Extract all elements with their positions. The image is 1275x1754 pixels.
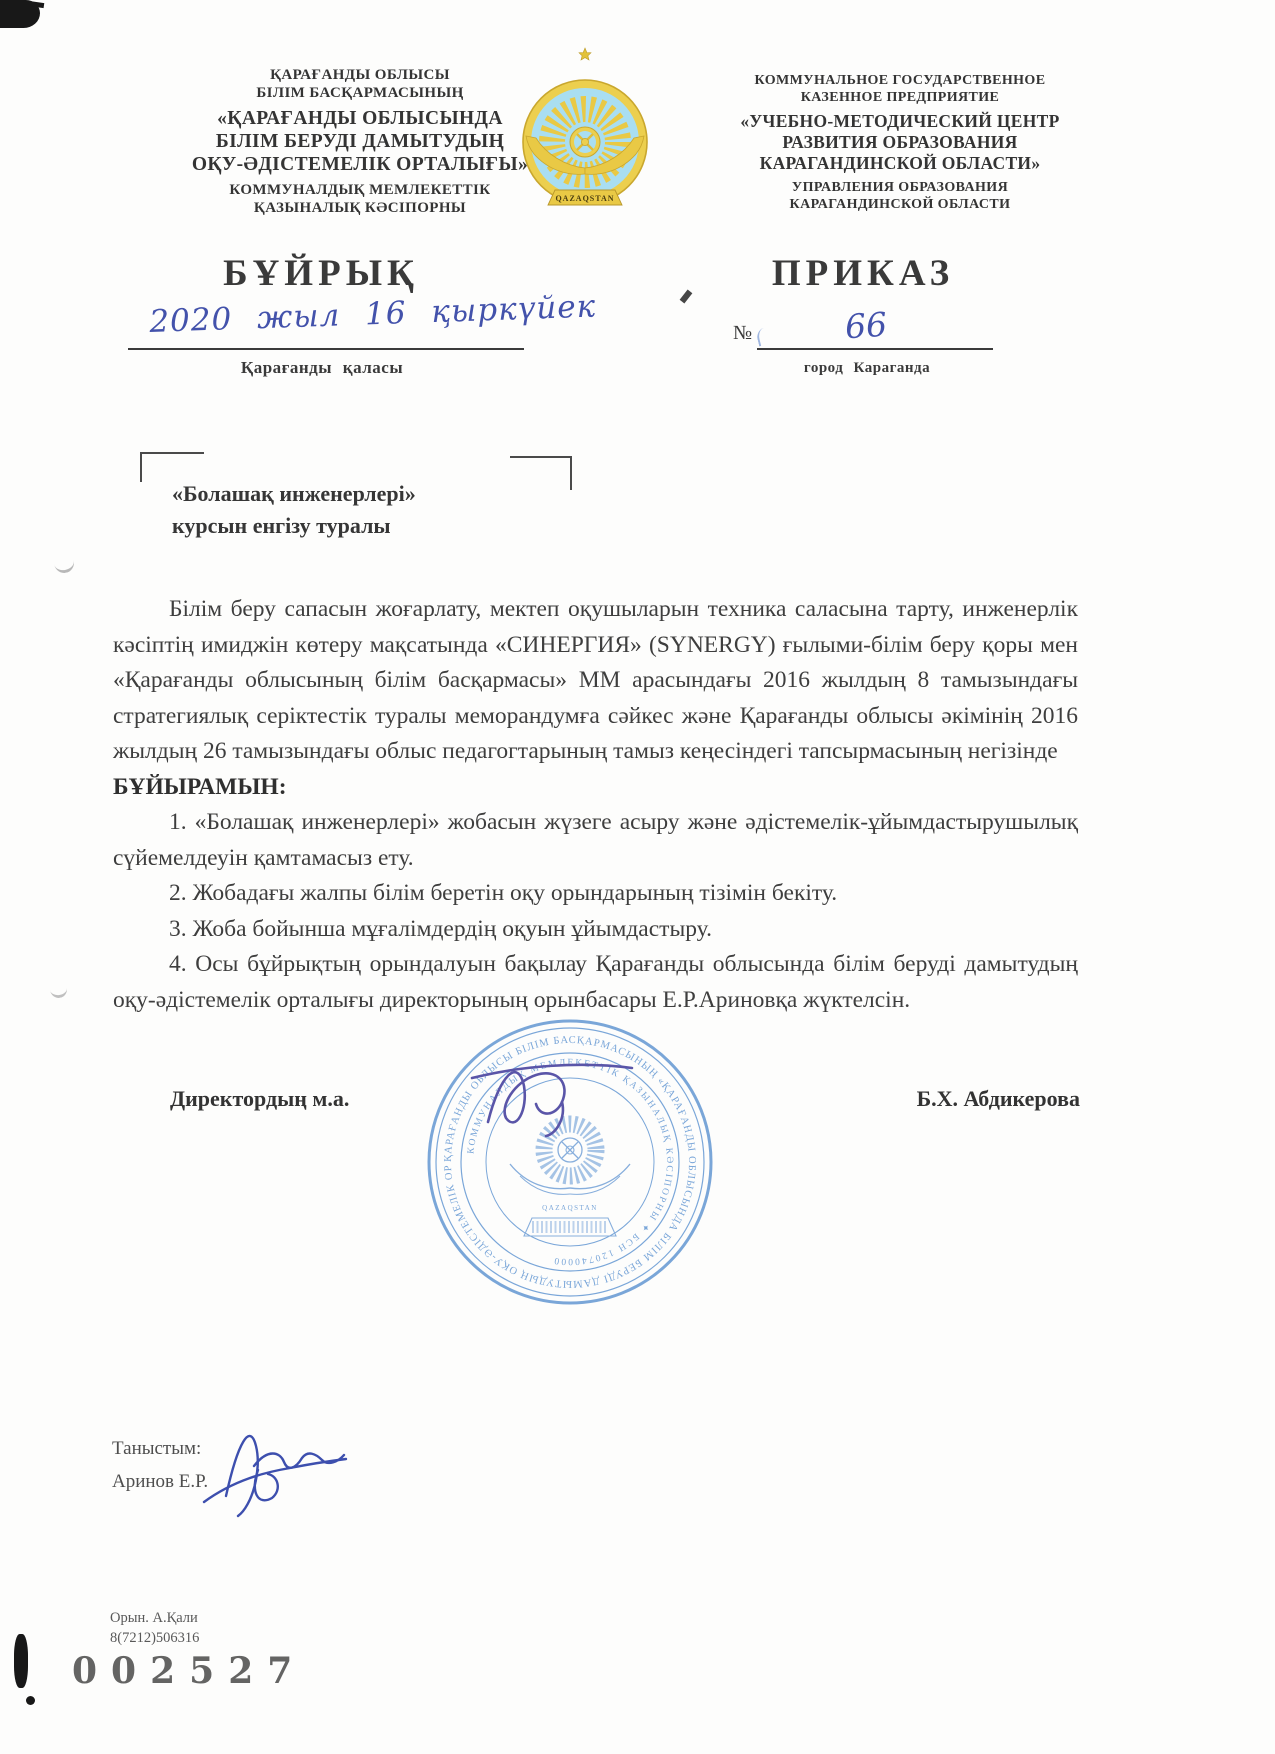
number-label: № — [733, 322, 752, 345]
org-ru-line: РАЗВИТИЯ ОБРАЗОВАНИЯ — [700, 132, 1100, 153]
stamp-center-caption: QAZAQSTAN — [542, 1204, 598, 1212]
scan-artifact — [680, 290, 693, 304]
handwritten-date: 2020 жыл 16 қыркүйек — [149, 288, 597, 340]
org-ru-line: КАЗЕННОЕ ПРЕДПРИЯТИЕ — [700, 89, 1100, 106]
number-underline — [757, 348, 993, 350]
org-kk-line: БІЛІМ БЕРУДІ ДАМЫТУДЫҢ — [150, 130, 570, 153]
kazakhstan-emblem-icon: QAZAQSTAN — [510, 42, 660, 222]
order-body: Білім беру сапасын жоғарлату, мектеп оқу… — [113, 592, 1078, 1018]
subject-line1: «Болашақ инженерлері» — [172, 478, 416, 510]
order-title-kazakh: БҰЙРЫҚ — [171, 252, 471, 295]
city-russian: город Караганда — [727, 360, 1007, 377]
body-paragraph: Білім беру сапасын жоғарлату, мектеп оқу… — [113, 592, 1078, 770]
org-kk-line: ОҚУ-ӘДІСТЕМЕЛІК ОРТАЛЫҒЫ» — [150, 153, 570, 176]
scan-artifact — [52, 550, 76, 575]
org-ru-line: КОММУНАЛЬНОЕ ГОСУДАРСТВЕННОЕ — [700, 72, 1100, 89]
org-ru-line: УПРАВЛЕНИЯ ОБРАЗОВАНИЯ — [700, 179, 1100, 196]
org-ru-line: «УЧЕБНО-МЕТОДИЧЕСКИЙ ЦЕНТР — [700, 111, 1100, 132]
org-kk-line: ҚАРАҒАНДЫ ОБЛЫСЫ — [150, 66, 570, 84]
order-item-2: 2. Жобадағы жалпы білім беретін оқу орын… — [113, 876, 1078, 912]
subject-line2: курсын енгізу туралы — [172, 510, 416, 542]
signer-name: Б.Х. Абдикерова — [820, 1086, 1080, 1112]
city-kazakh: Қарағанды қаласы — [182, 358, 462, 378]
order-item-3: 3. Жоба бойынша мұғалімдердің оқуын ұйым… — [113, 912, 1078, 948]
scan-artifact — [26, 1696, 35, 1705]
registration-number-stamp: 002527 — [72, 1650, 306, 1692]
handwritten-number: 66 — [844, 305, 889, 347]
director-signature-ink — [460, 1038, 650, 1148]
org-name-russian: КОММУНАЛЬНОЕ ГОСУДАРСТВЕННОЕ КАЗЕННОЕ ПР… — [700, 72, 1100, 213]
emblem-caption: QAZAQSTAN — [555, 194, 614, 203]
scan-artifact — [49, 979, 68, 999]
org-ru-line: КАРАГАНДИНСКОЙ ОБЛАСТИ — [700, 196, 1100, 213]
org-name-kazakh: ҚАРАҒАНДЫ ОБЛЫСЫ БІЛІМ БАСҚАРМАСЫНЫҢ «ҚА… — [150, 66, 570, 217]
arinov-signature-ink — [192, 1408, 362, 1523]
scan-artifact — [755, 326, 774, 346]
scan-artifact — [14, 1634, 28, 1688]
order-item-4: 4. Осы бұйрықтың орындалуын бақылау Қара… — [113, 947, 1078, 1018]
order-title-russian: ПРИКАЗ — [713, 252, 1013, 295]
signer-position: Директордың м.а. — [170, 1086, 349, 1112]
scanned-order-document: ҚАРАҒАНДЫ ОБЛЫСЫ БІЛІМ БАСҚАРМАСЫНЫҢ «ҚА… — [0, 0, 1275, 1754]
executor-name: Орын. А.Қали — [110, 1608, 199, 1628]
org-kk-line: ҚАЗЫНАЛЫҚ КӘСІПОРНЫ — [150, 199, 570, 217]
resolve-word: БҰЙЫРАМЫН: — [113, 770, 1078, 806]
address-corner-right — [510, 456, 572, 490]
org-kk-line: БІЛІМ БАСҚАРМАСЫНЫҢ — [150, 84, 570, 102]
org-kk-line: КОММУНАЛДЫҚ МЕМЛЕКЕТТІК — [150, 181, 570, 199]
org-kk-line: «ҚАРАҒАНДЫ ОБЛЫСЫНДА — [150, 107, 570, 130]
date-underline — [128, 348, 524, 350]
executor-phone: 8(7212)506316 — [110, 1628, 199, 1648]
org-ru-line: КАРАГАНДИНСКОЙ ОБЛАСТИ» — [700, 153, 1100, 174]
order-item-1: 1. «Болашақ инженерлері» жобасын жүзеге … — [113, 805, 1078, 876]
executor-block: Орын. А.Қали 8(7212)506316 — [110, 1608, 199, 1648]
order-subject: «Болашақ инженерлері» курсын енгізу тура… — [172, 478, 416, 542]
